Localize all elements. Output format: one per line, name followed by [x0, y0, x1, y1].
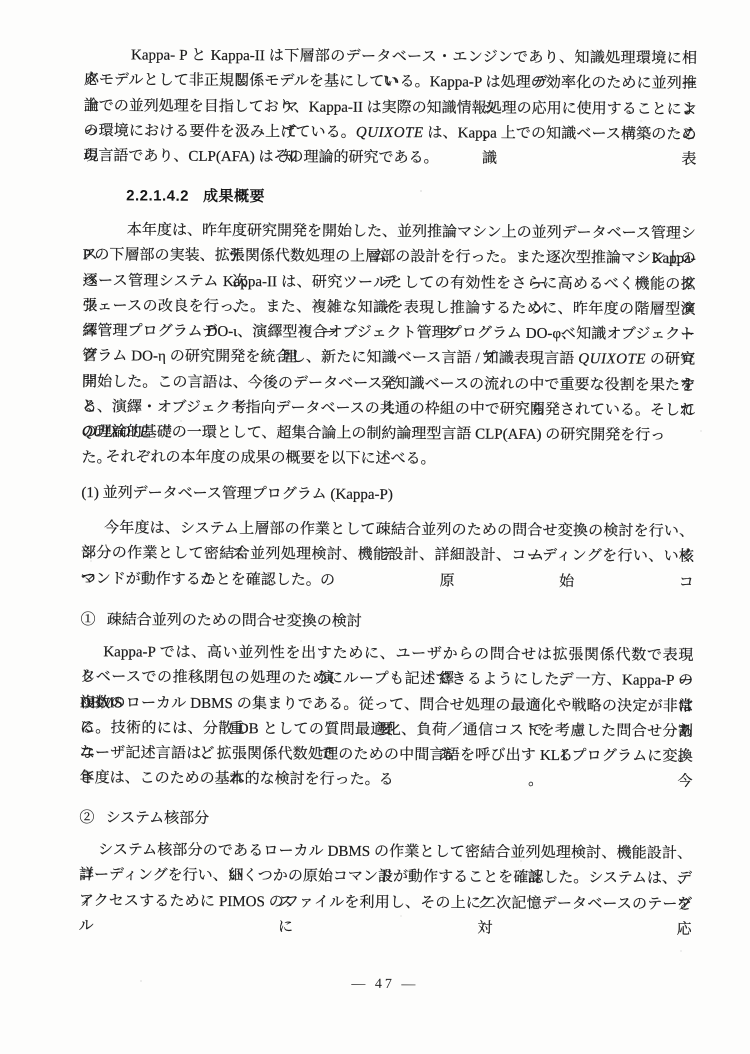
text-line: システム核部分のであるローカル DBMS の作業として密結合並列処理検討、機能設… — [79, 838, 692, 867]
text-line: の環境における要件を汲み上げている。QUIXOTE は、Kappa 上での知識ベ… — [83, 119, 696, 148]
text-line: る、演繹・オブジェクト指向データベースの共通の枠組の中で研究開発されている。そし… — [82, 395, 695, 424]
text-line: る。技術的には、分散 DB としての質問最適化、負荷／通信コストを考慮した問合せ… — [80, 716, 693, 745]
kappa-p-overview-paragraph: 今年度は、システム上層部の作業として疎結合並列のための問合せ変換の検討を行い、シ… — [81, 516, 694, 596]
scanned-report-page-body: { "document": { "blocks": [ { "name": "i… — [0, 0, 750, 1054]
text-line: 部分の作業として密結合並列処理検討、機能設計、詳細設計、コーディングを行い、いく… — [81, 541, 694, 570]
text-line: P の下層部の実装、拡張関係代数処理の上層部の設計を行った。また逐次型推論マシン… — [83, 243, 696, 272]
text-line: コーディングを行い、いくつかの原始コマンドが動作することを確認した。システムは、… — [79, 863, 692, 892]
item-1-heading: ① 疎結合並列のための問合せ変換の検討 — [80, 608, 693, 637]
text-line: 複数のローカル DBMS の集まりである。従って、問合せ処理の最適化や戦略の決定… — [80, 691, 693, 720]
text-line: ユーザ記述言語は、拡張関係代数処理のための中間言語を呼び出す KL1 プログラム… — [80, 741, 693, 770]
query-transformation-paragraph: Kappa-P では、高い並列性を出すために、ユーザからの問合せは拡張関係代数で… — [80, 640, 694, 796]
subsection-1-heading: (1) 並列データベース管理プログラム (Kappa-P) — [81, 481, 694, 510]
text-line: グラム DO-η の研究開発を統合し、新たに知識ベース言語 / 知識表現言語 Q… — [82, 345, 695, 374]
text-line: タモデルとして非正規関係モデルを基にしている。Kappa-P は処理の効率化のた… — [84, 68, 697, 97]
text-line: 本年度は、昨年度研究開発を開始した、並列推論マシン上の並列データベース管理システ… — [83, 218, 696, 247]
scanned-document-page: Kappa- P と Kappa-II は下層部のデータベース・エンジンであり、… — [0, 0, 750, 1054]
text-line: それぞれの本年度の成果の概要を以下に述べる。 — [81, 445, 694, 474]
text-line: 上での並列処理を目指しており、Kappa-II は実際の知識情報処理の応用に使用… — [84, 94, 697, 123]
text-line: 今年度は、システム上層部の作業として疎結合並列のための問合せ変換の検討を行い、シ… — [81, 516, 694, 545]
document-text-blocks: Kappa- P と Kappa-II は下層部のデータベース・エンジンであり、… — [0, 0, 750, 2]
section-number-heading: 2.2.1.4.2 成果概要 — [83, 183, 696, 212]
text-line: 開始した。この言語は、今後のデータベース / 知識ベースの流れの中で重要な役割を… — [82, 370, 695, 399]
text-line: Kappa- P と Kappa-II は下層部のデータベース・エンジンであり、… — [84, 43, 697, 72]
text-line: Kappa-P では、高い並列性を出すために、ユーザからの問合せは拡張関係代数で… — [80, 640, 693, 669]
intro-paragraph: Kappa- P と Kappa-II は下層部のデータベース・エンジンであり、… — [83, 43, 697, 173]
item-2-heading: ② システム核部分 — [79, 806, 692, 835]
text-line: タベースでの推移閉包の処理のためにループも記述できるようにした。一方、Kappa… — [80, 665, 693, 694]
text-line: ス管理プログラム DO-ι、演繹型複合オブジェクト管理プログラム DO-φ、知識… — [82, 319, 695, 348]
text-line: ベース管理システム Kappa-II は、研究ツールとしての有効性をさらに高める… — [83, 269, 696, 298]
text-line: フェースの改良を行った。また、複雑な知識を表現し推論するために、昨年度の階層型演… — [82, 294, 695, 323]
footer-page-number: — 47 — — [78, 975, 691, 995]
system-core-paragraph: システム核部分のであるローカル DBMS の作業として密結合並列処理検討、機能設… — [79, 838, 692, 918]
text-line: アクセスするために PIMOS のファイルを利用し、その上に二次記憶データベース… — [79, 889, 692, 918]
results-overview-paragraph: 本年度は、昨年度研究開発を開始した、並列推論マシン上の並列データベース管理システ… — [82, 218, 696, 449]
results-closing-line: それぞれの本年度の成果の概要を以下に述べる。 — [81, 445, 694, 474]
document-content: Kappa- P と Kappa-II は下層部のデータベース・エンジンであり、… — [0, 0, 750, 1054]
